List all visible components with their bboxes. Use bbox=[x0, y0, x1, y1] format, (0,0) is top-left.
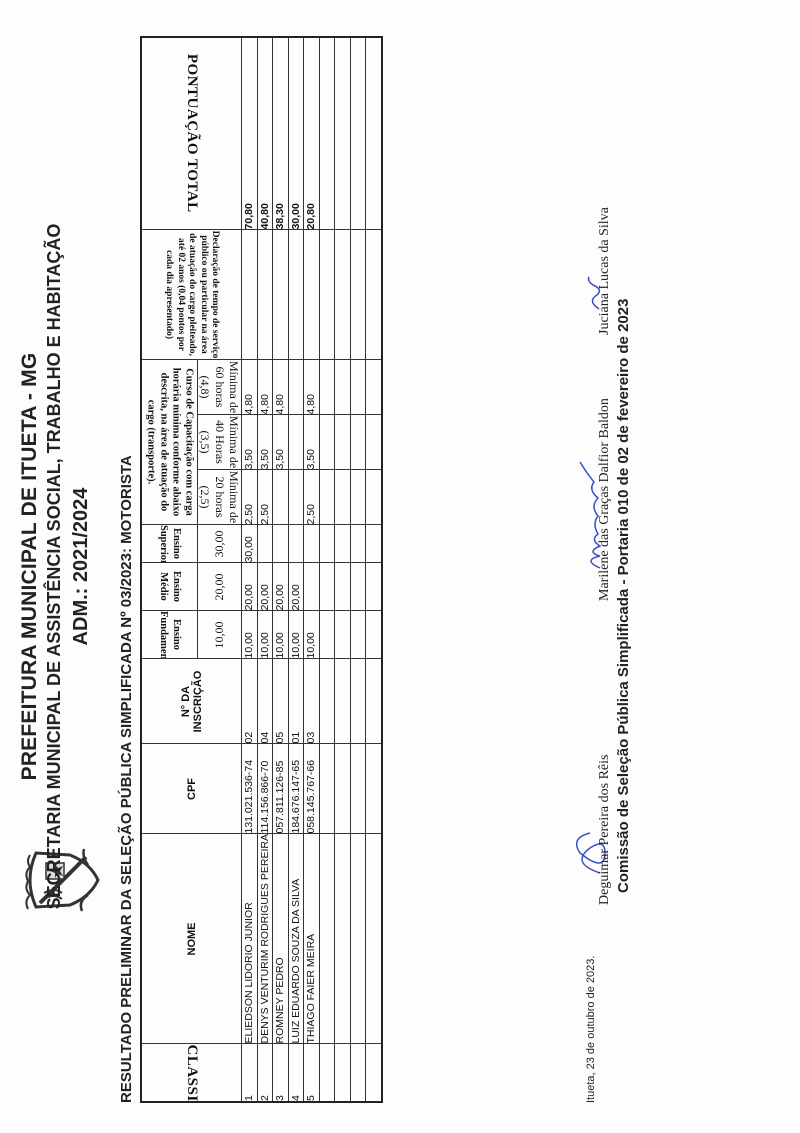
cell-classificacao: 3 bbox=[273, 1044, 289, 1102]
cell-total bbox=[335, 37, 351, 230]
cell-nome bbox=[335, 834, 351, 1044]
cell-curso40 bbox=[319, 415, 335, 470]
cell-cpf: 058.145.767-66 bbox=[304, 744, 320, 834]
cell-fundamental: 10,00 bbox=[242, 611, 258, 659]
table-row: 3ROMNEY PEDRO057.811.126-850510,0020,003… bbox=[273, 37, 289, 1102]
cell-fundamental: 10,00 bbox=[257, 611, 273, 659]
document-date: Itueta, 23 de outubro de 2023. bbox=[585, 956, 597, 1103]
cell-nome: ROMNEY PEDRO bbox=[273, 834, 289, 1044]
cell-classificacao bbox=[350, 1044, 366, 1102]
administration-period: ADM.: 2021/2024 bbox=[70, 0, 93, 1133]
cell-total: 30,00 bbox=[288, 37, 304, 230]
cell-curso20: 2,50 bbox=[257, 470, 273, 525]
cell-fundamental: 10,00 bbox=[273, 611, 289, 659]
cell-curso20 bbox=[319, 470, 335, 525]
cell-curso60 bbox=[319, 360, 335, 415]
header-medio: Ensino Médio bbox=[141, 563, 198, 611]
cell-curso40 bbox=[366, 415, 382, 470]
table-row: 1ELIEDSON LIDORIO JUNIOR131.021.536-7402… bbox=[242, 37, 258, 1102]
cell-classificacao: 4 bbox=[288, 1044, 304, 1102]
document-page: PREFEITURA MUNICIPAL DE ITUETA - MG SECR… bbox=[0, 0, 800, 1133]
cell-medio: 20,00 bbox=[288, 563, 304, 611]
header-nome: NOME bbox=[141, 834, 242, 1044]
cell-total: 38,30 bbox=[273, 37, 289, 230]
cell-curso60 bbox=[350, 360, 366, 415]
cell-inscricao: 04 bbox=[257, 659, 273, 744]
cell-nome: THIAGO FAIER MEIRA bbox=[304, 834, 320, 1044]
cell-fundamental bbox=[350, 611, 366, 659]
cell-nome bbox=[319, 834, 335, 1044]
cell-nome: ELIEDSON LIDORIO JUNIOR bbox=[242, 834, 258, 1044]
cell-curso60: 4,80 bbox=[242, 360, 258, 415]
cell-curso20 bbox=[350, 470, 366, 525]
header-curso40: Mínima de 40 Horas (3,5) bbox=[198, 415, 242, 470]
table-row bbox=[366, 37, 382, 1102]
results-table: CLASSIFICAÇÃO NOME CPF N° DA INSCRIÇÃO E… bbox=[140, 36, 383, 1103]
municipality-title: PREFEITURA MUNICIPAL DE ITUETA - MG bbox=[18, 0, 42, 1133]
header-total: PONTUAÇÃO TOTAL bbox=[141, 37, 242, 230]
cell-medio: 20,00 bbox=[257, 563, 273, 611]
cell-medio bbox=[304, 563, 320, 611]
cell-medio bbox=[366, 563, 382, 611]
cell-declaracao bbox=[273, 230, 289, 360]
cell-curso20: 2,50 bbox=[242, 470, 258, 525]
cell-nome bbox=[366, 834, 382, 1044]
cell-medio bbox=[350, 563, 366, 611]
cell-total: 70,80 bbox=[242, 37, 258, 230]
header-curso: Curso de Capacitação com carga horária m… bbox=[141, 360, 198, 525]
cell-superior bbox=[288, 525, 304, 563]
cell-curso40 bbox=[335, 415, 351, 470]
cell-cpf bbox=[319, 744, 335, 834]
cell-cpf: 184.676.147-65 bbox=[288, 744, 304, 834]
cell-inscricao bbox=[335, 659, 351, 744]
cell-inscricao: 03 bbox=[304, 659, 320, 744]
cell-total: 20,80 bbox=[304, 37, 320, 230]
cell-total bbox=[350, 37, 366, 230]
signatory-2: Marilene das Graças Dalfior Baldon bbox=[597, 398, 613, 601]
cell-medio: 20,00 bbox=[273, 563, 289, 611]
cell-curso40 bbox=[288, 415, 304, 470]
cell-declaracao bbox=[335, 230, 351, 360]
cell-nome: DENYS VENTURIM RODRIGUES PEREIRA bbox=[257, 834, 273, 1044]
header-curso20: Mínima de 20 horas (2,5) bbox=[198, 470, 242, 525]
cell-medio: 20,00 bbox=[242, 563, 258, 611]
cell-inscricao: 02 bbox=[242, 659, 258, 744]
table-row bbox=[350, 37, 366, 1102]
cell-inscricao bbox=[319, 659, 335, 744]
cell-declaracao bbox=[350, 230, 366, 360]
cell-declaracao bbox=[366, 230, 382, 360]
cell-classificacao bbox=[366, 1044, 382, 1102]
cell-cpf bbox=[350, 744, 366, 834]
cell-curso40: 3,50 bbox=[273, 415, 289, 470]
header-curso60: Mínima de 60 horas (4,8) bbox=[198, 360, 242, 415]
cell-curso20 bbox=[288, 470, 304, 525]
cell-superior bbox=[304, 525, 320, 563]
cell-curso60 bbox=[288, 360, 304, 415]
cell-superior bbox=[273, 525, 289, 563]
cell-declaracao bbox=[288, 230, 304, 360]
cell-nome: LUIZ EDUARDO SOUZA DA SILVA bbox=[288, 834, 304, 1044]
cell-curso60 bbox=[366, 360, 382, 415]
cell-superior bbox=[366, 525, 382, 563]
cell-classificacao: 2 bbox=[257, 1044, 273, 1102]
cell-superior bbox=[319, 525, 335, 563]
cell-superior bbox=[350, 525, 366, 563]
signatory-3: Juciana Lucas da Silva bbox=[597, 207, 613, 335]
cell-fundamental bbox=[335, 611, 351, 659]
cell-superior: 30,00 bbox=[242, 525, 258, 563]
commission-label: Comissão de Seleção Pública Simplificada… bbox=[615, 299, 632, 893]
max-superior: 30,00 bbox=[198, 525, 242, 563]
max-medio: 20,00 bbox=[198, 563, 242, 611]
cell-medio bbox=[335, 563, 351, 611]
cell-curso60: 4,80 bbox=[304, 360, 320, 415]
header-superior: Ensino Superior bbox=[141, 525, 198, 563]
table-row bbox=[319, 37, 335, 1102]
cell-inscricao bbox=[366, 659, 382, 744]
header-classificacao: CLASSIFICAÇÃO bbox=[141, 1044, 242, 1102]
signatory-1: Deguimar Pereira dos Rêis bbox=[597, 755, 613, 905]
header-fundamental: Ensino Fundamental bbox=[141, 611, 198, 659]
cell-curso20: 2,50 bbox=[304, 470, 320, 525]
cell-curso60 bbox=[335, 360, 351, 415]
cell-cpf: 057.811.126-85 bbox=[273, 744, 289, 834]
cell-cpf: 114.156.866-70 bbox=[257, 744, 273, 834]
header-inscricao: N° DA INSCRIÇÃO bbox=[141, 659, 242, 744]
cell-classificacao: 5 bbox=[304, 1044, 320, 1102]
secretariat-title: SECRETARIA MUNICIPAL DE ASSISTÊNCIA SOCI… bbox=[44, 0, 65, 1133]
table-row: 2DENYS VENTURIM RODRIGUES PEREIRA114.156… bbox=[257, 37, 273, 1102]
cell-curso60: 4,80 bbox=[257, 360, 273, 415]
cell-fundamental: 10,00 bbox=[304, 611, 320, 659]
cell-cpf bbox=[366, 744, 382, 834]
table-row: 4LUIZ EDUARDO SOUZA DA SILVA184.676.147-… bbox=[288, 37, 304, 1102]
cell-curso40: 3,50 bbox=[304, 415, 320, 470]
cell-curso40: 3,50 bbox=[242, 415, 258, 470]
cell-declaracao bbox=[304, 230, 320, 360]
cell-nome bbox=[350, 834, 366, 1044]
cell-declaracao bbox=[257, 230, 273, 360]
header-cpf: CPF bbox=[141, 744, 242, 834]
cell-fundamental: 10,00 bbox=[288, 611, 304, 659]
document-subtitle: RESULTADO PRELIMINAR DA SELEÇÃO PÚBLICA … bbox=[118, 455, 135, 1103]
cell-curso20 bbox=[335, 470, 351, 525]
cell-fundamental bbox=[366, 611, 382, 659]
header-declaracao: Declaração de tempo de serviço público o… bbox=[141, 230, 242, 360]
cell-curso20 bbox=[366, 470, 382, 525]
cell-curso40: 3,50 bbox=[257, 415, 273, 470]
cell-classificacao bbox=[335, 1044, 351, 1102]
cell-total: 40,80 bbox=[257, 37, 273, 230]
cell-declaracao bbox=[319, 230, 335, 360]
cell-classificacao: 1 bbox=[242, 1044, 258, 1102]
cell-total bbox=[366, 37, 382, 230]
cell-curso20 bbox=[273, 470, 289, 525]
cell-declaracao bbox=[242, 230, 258, 360]
cell-cpf: 131.021.536-74 bbox=[242, 744, 258, 834]
cell-classificacao bbox=[319, 1044, 335, 1102]
cell-inscricao: 01 bbox=[288, 659, 304, 744]
table-row bbox=[335, 37, 351, 1102]
table-row: 5THIAGO FAIER MEIRA058.145.767-660310,00… bbox=[304, 37, 320, 1102]
cell-fundamental bbox=[319, 611, 335, 659]
cell-curso60: 4,80 bbox=[273, 360, 289, 415]
cell-inscricao bbox=[350, 659, 366, 744]
cell-curso40 bbox=[350, 415, 366, 470]
cell-total bbox=[319, 37, 335, 230]
cell-superior bbox=[257, 525, 273, 563]
cell-medio bbox=[319, 563, 335, 611]
max-fundamental: 10,00 bbox=[198, 611, 242, 659]
cell-superior bbox=[335, 525, 351, 563]
cell-cpf bbox=[335, 744, 351, 834]
cell-inscricao: 05 bbox=[273, 659, 289, 744]
